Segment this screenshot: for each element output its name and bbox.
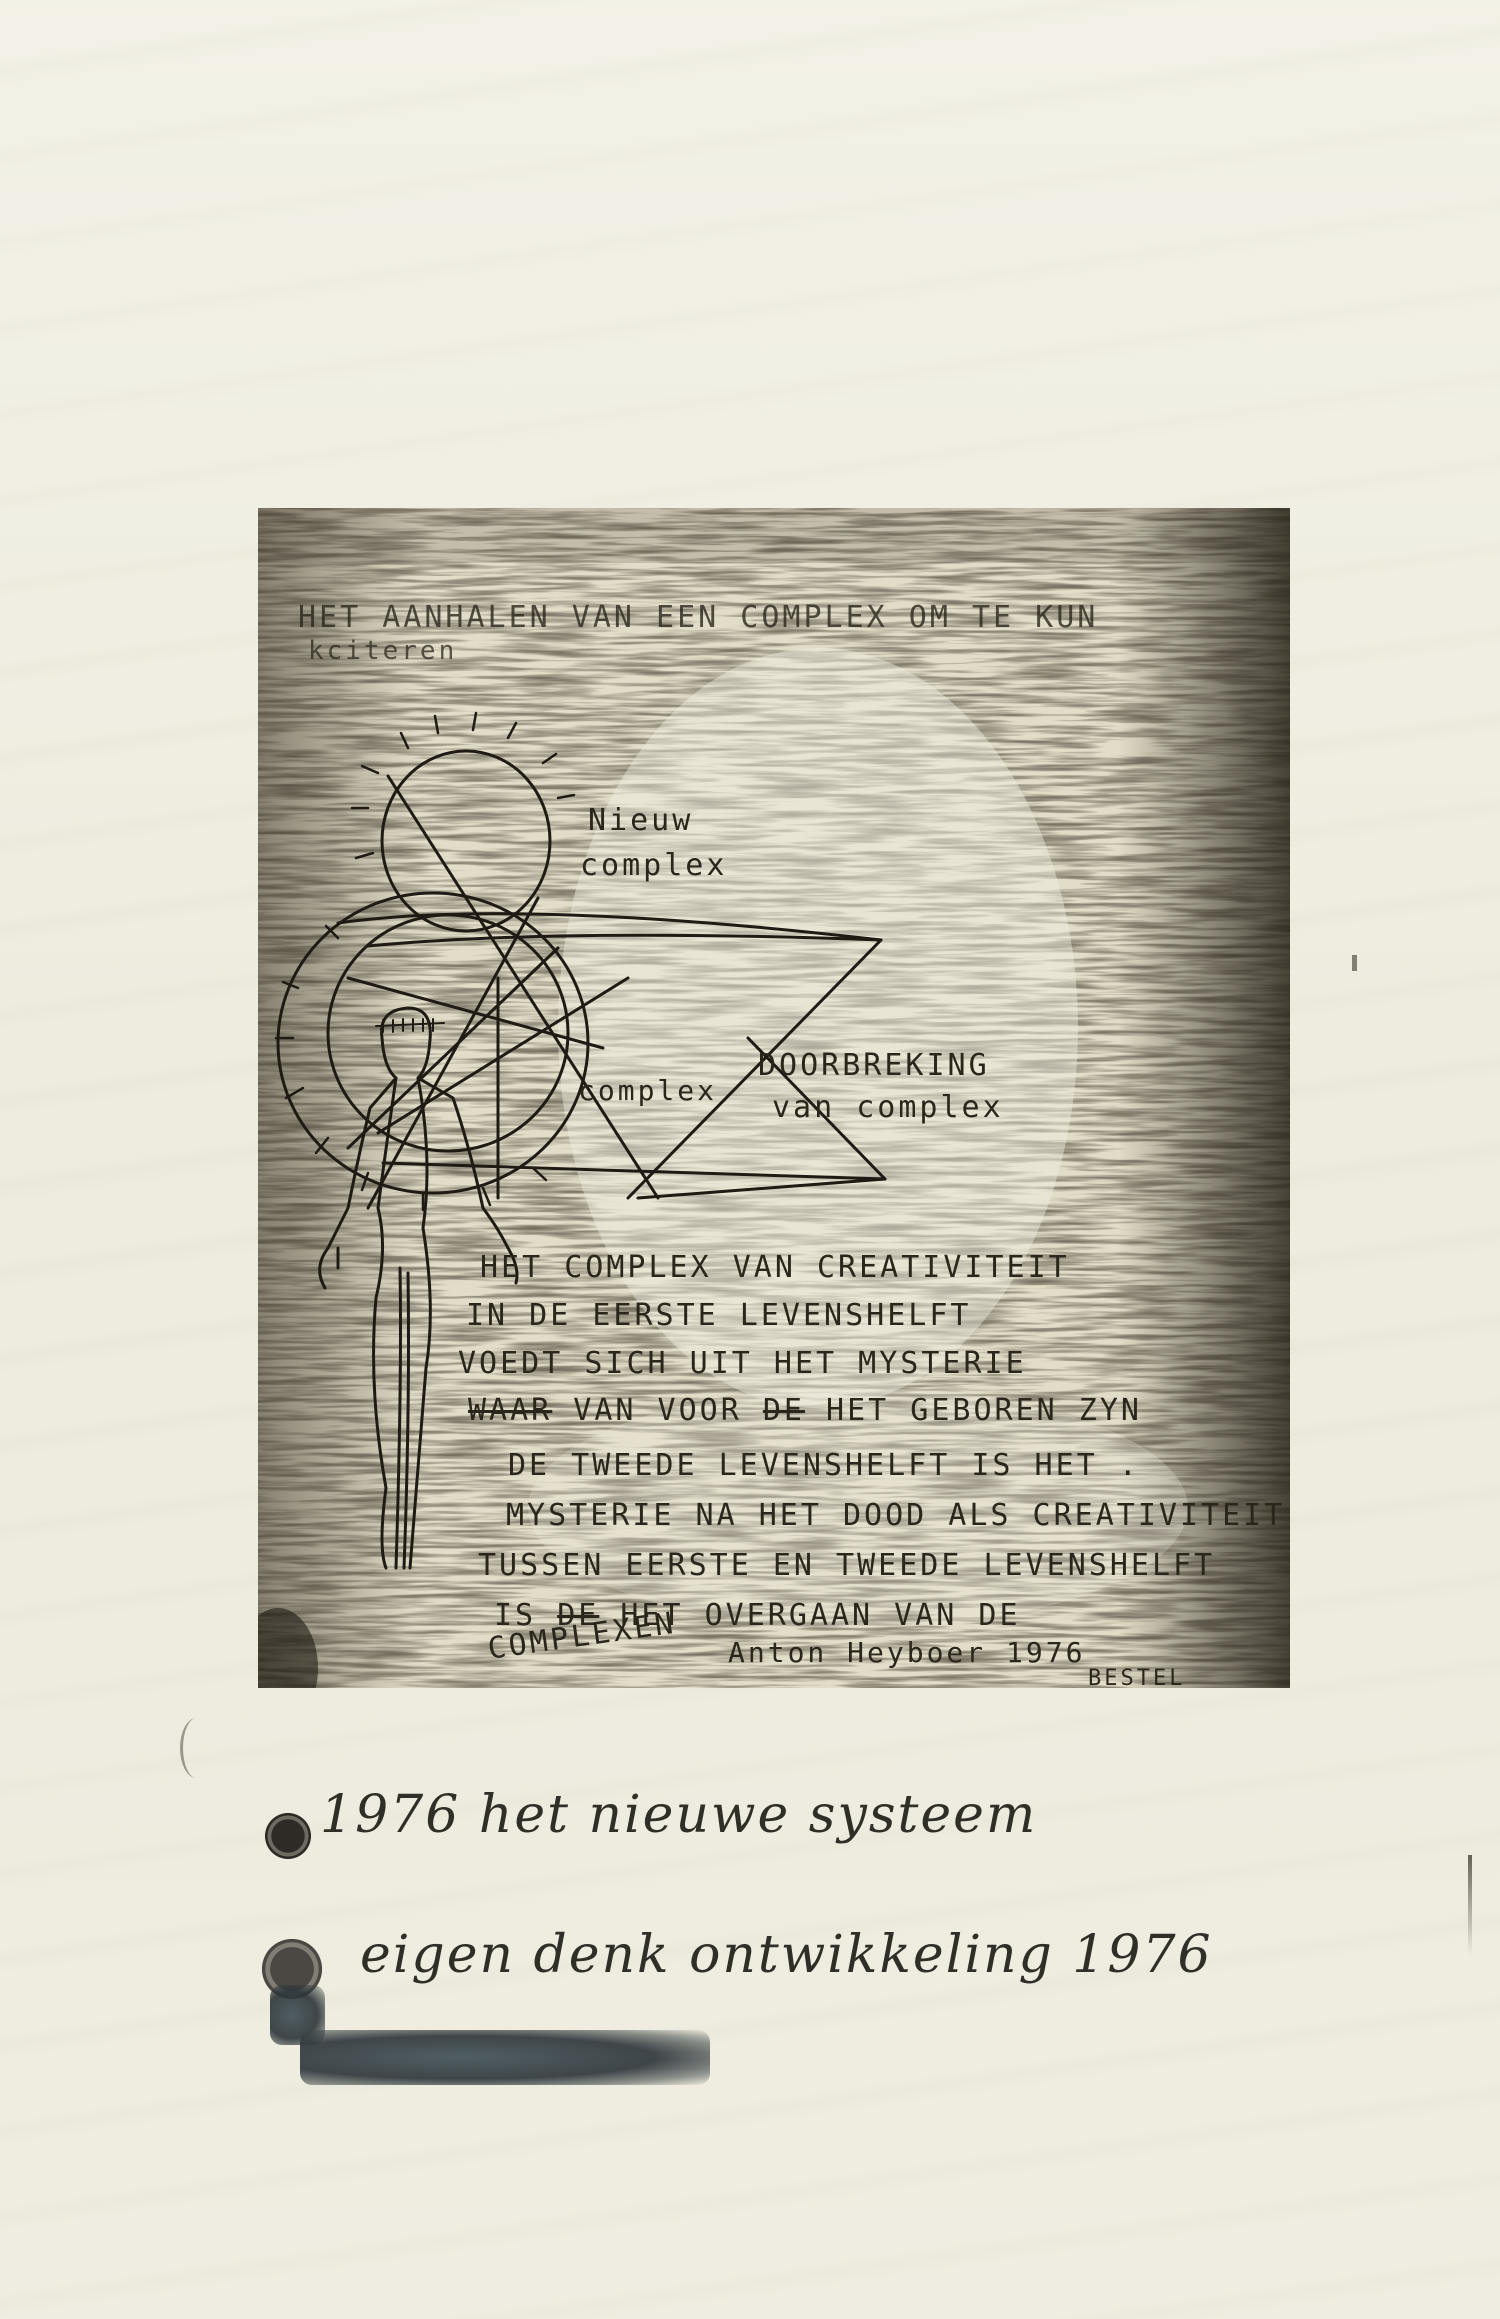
verse-strike-de: de [763, 1393, 805, 1428]
plate-header-line-2: kciteren [308, 636, 457, 666]
label-nieuw: Nieuw [588, 803, 693, 838]
verse-line-7: tussen eerste en tweede levenshelft [478, 1548, 1215, 1583]
verse-line-3: voedt sich uit het mysterie [458, 1346, 1027, 1381]
paper-mark-2 [1468, 1855, 1472, 1955]
inscription-line-1: 1976 het nieuwe systeem [320, 1785, 1037, 1845]
paper-mark-3 [180, 1718, 213, 1778]
verse-strike-waar: waar [468, 1393, 552, 1428]
paper-mark-1 [1352, 955, 1357, 971]
label-van-complex: van complex [772, 1090, 1004, 1125]
verse-line-2: in de eerste levenshelft [466, 1298, 971, 1333]
plate-header-line-1: Het aanhalen van een complex om te kun [298, 600, 1098, 635]
ink-smudge-2 [300, 2030, 710, 2085]
verse-line-6: mysterie na het dood als creativiteit [506, 1498, 1285, 1533]
plate-signature-sub: Bestel [1088, 1666, 1185, 1688]
verse-line-4: waar van voor de het geboren zyn [468, 1393, 1142, 1428]
plate-signature: Anton Heyboer 1976 [728, 1636, 1085, 1669]
label-doorbreking: Doorbreking [758, 1048, 990, 1083]
etching-plate: Het aanhalen van een complex om te kun k… [258, 508, 1290, 1688]
verse-line-1: Het complex van creativiteit [480, 1250, 1070, 1285]
verse-line-5: de tweede levenshelft is het . [508, 1448, 1140, 1483]
label-complex-upper: complex [580, 848, 727, 883]
inscription-line-2: eigen denk ontwikkeling 1976 [360, 1925, 1213, 1985]
stamp-mark-1 [262, 1810, 314, 1862]
label-complex-lower: complex [578, 1074, 717, 1107]
